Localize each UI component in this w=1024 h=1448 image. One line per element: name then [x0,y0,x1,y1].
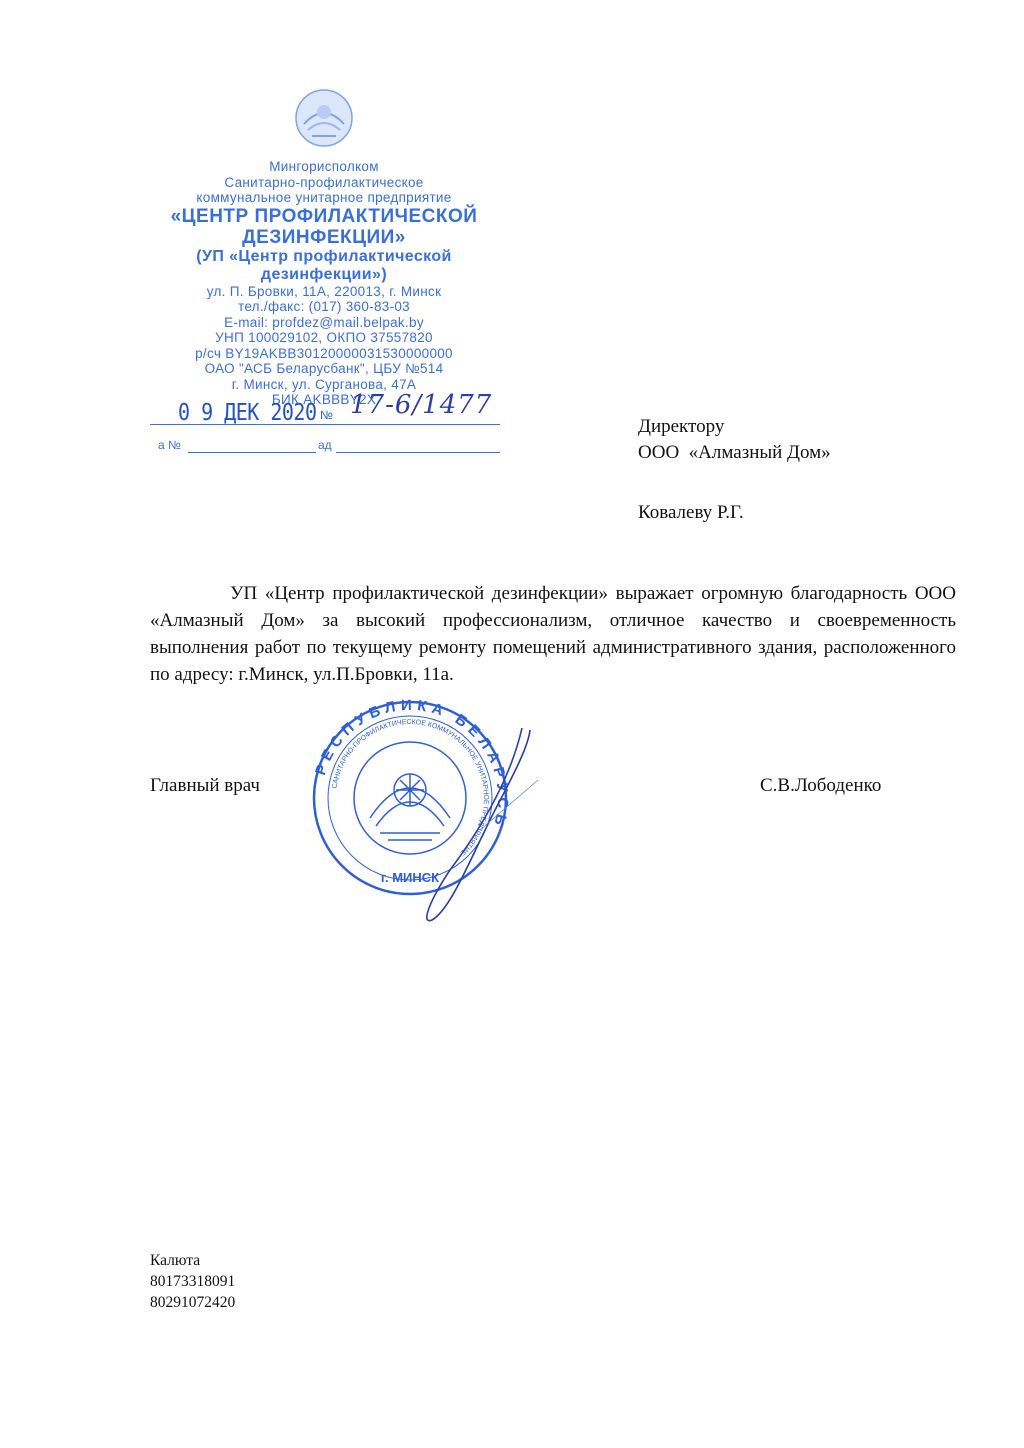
org-registration: УНП 100029102, ОКПО 37557820 [148,330,500,346]
executor-block: Калюта 80173318091 80291072420 [150,1250,235,1313]
executor-phone: 80291072420 [150,1292,235,1313]
handwritten-signature [410,720,540,930]
org-name: «ЦЕНТР ПРОФИЛАКТИЧЕСКОЙ [148,206,500,227]
date-stamp: 0 9 ДЕК 2020 [178,398,317,426]
org-short-name: (УП «Центр профилактической [148,248,500,266]
belarus-emblem-icon [292,86,356,150]
divider [150,424,500,425]
letterhead-line: коммунальное унитарное предприятие [148,190,500,206]
letter-body: УП «Центр профилактической дезинфекции» … [150,580,956,688]
org-name: ДЕЗИНФЕКЦИИ» [148,227,500,248]
ref-date-label: ад [318,438,332,452]
addressee-name: Ковалеву Р.Г. [638,500,831,526]
org-address: ул. П. Бровки, 11А, 220013, г. Минск [148,284,500,300]
divider [188,452,316,453]
org-email: E-mail: profdez@mail.belpak.by [148,315,500,331]
letterhead-stamp: Мингорисполком Санитарно-профилактическо… [148,86,500,408]
org-account: р/сч BY19AKBB30120000031530000000 [148,346,500,362]
ref-label: а № [158,438,181,452]
addressee-company: ООО «Алмазный Дом» [638,440,831,466]
number-label: № [320,408,333,422]
org-short-name: дезинфекции») [148,266,500,284]
letterhead-line: Мингорисполком [148,159,500,175]
signer-position: Главный врач [150,775,260,797]
addressee-position: Директору [638,414,831,440]
org-phone: тел./факс: (017) 360-83-03 [148,299,500,315]
signer-name: С.В.Лободенко [760,775,881,797]
incoming-ref-row: а № ад [148,436,500,456]
outgoing-ref-row: 0 9 ДЕК 2020 № 17-6/1477 [148,396,500,426]
addressee-block: Директору ООО «Алмазный Дом» Ковалеву Р.… [638,414,831,526]
handwritten-number: 17-6/1477 [350,390,492,420]
executor-phone: 80173318091 [150,1271,235,1292]
executor-name: Калюта [150,1250,235,1271]
letterhead-line: Санитарно-профилактическое [148,175,500,191]
org-bank: ОАО "АСБ Беларусбанк", ЦБУ №514 [148,361,500,377]
divider [336,452,500,453]
